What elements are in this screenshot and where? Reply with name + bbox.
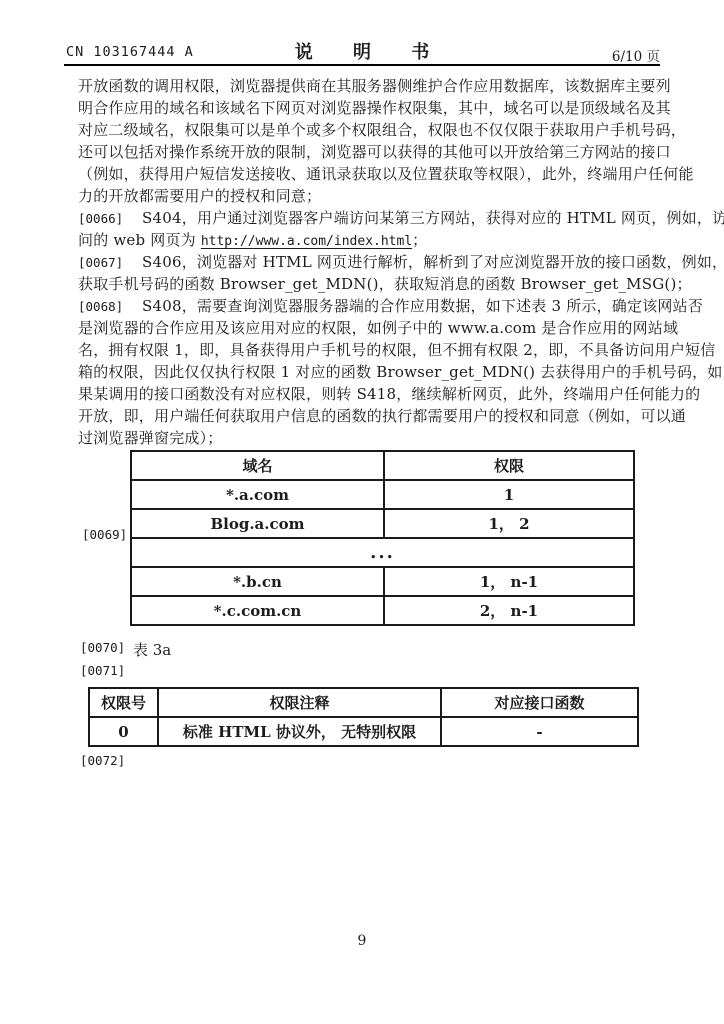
paragraph-number-0069: [0069]	[82, 527, 127, 542]
table-cell: *.c.com.cn	[131, 596, 384, 625]
paragraph-number-0070: [0070]	[80, 640, 125, 655]
body-text: 开放函数的调用权限，浏览器提供商在其服务器侧维护合作应用数据库，该数据库主要列 …	[78, 75, 652, 449]
paragraph-number: [0068]	[78, 296, 142, 318]
text-line: 对应二级域名，权限集可以是单个或多个权限组合，权限也不仅仅限于获取用户手机号码，	[78, 119, 652, 141]
paragraph-0068-line: 箱的权限，因此仅仅执行权限 1 对应的函数 Browser_get_MDN() …	[78, 361, 652, 383]
paragraph-0068-line: 是浏览器的合作应用及该应用对应的权限，如例子中的 www.a.com 是合作应用…	[78, 317, 652, 339]
table-cell: 标准 HTML 协议外， 无特别权限	[158, 717, 441, 746]
paragraph-0066-line: 问的 web 网页为 http://www.a.com/index.html；	[78, 229, 652, 251]
table-header-row: 域名 权限	[131, 451, 634, 480]
table-row: 0 标准 HTML 协议外， 无特别权限 -	[89, 717, 638, 746]
column-header: 对应接口函数	[441, 688, 638, 717]
column-header: 权限注释	[158, 688, 441, 717]
table-header-row: 权限号 权限注释 对应接口函数	[89, 688, 638, 717]
table-row: *.c.com.cn 2， n-1	[131, 596, 634, 625]
paragraph-0068-line: 过浏览器弹窗完成）；	[78, 427, 652, 449]
text-line: 力的开放都需要用户的授权和同意；	[78, 185, 652, 207]
page-indicator: 6/10 页	[612, 45, 660, 65]
table-row: *.b.cn 1， n-1	[131, 567, 634, 596]
table-cell: 1， 2	[384, 509, 634, 538]
paragraph-number-0072: [0072]	[80, 753, 125, 768]
paragraph-0067-line: [0067]S406，浏览器对 HTML 网页进行解析，解析到了对应浏览器开放的…	[78, 251, 652, 273]
text-segment: ；	[412, 231, 427, 249]
paragraph-0068-line: 果某调用的接口函数没有对应权限，则转 S418，继续解析网页，此外，终端用户任何…	[78, 383, 652, 405]
paragraph-number-0071: [0071]	[80, 663, 125, 678]
text-line: （例如，获得用户短信发送接收、通讯录获取以及位置获取等权限），此外，终端用户任何…	[78, 163, 652, 185]
ellipsis-cell: ...	[131, 538, 634, 567]
paragraph-0067-line: 获取手机号码的函数 Browser_get_MDN()，获取短消息的函数 Bro…	[78, 273, 652, 295]
text-line: 开放函数的调用权限，浏览器提供商在其服务器侧维护合作应用数据库，该数据库主要列	[78, 75, 652, 97]
text-segment: S408，需要查询浏览器服务器端的合作应用数据，如下述表 3 所示，确定该网站否	[142, 297, 703, 315]
table-cell: 2， n-1	[384, 596, 634, 625]
paragraph-number: [0067]	[78, 252, 142, 274]
url-text: http://www.a.com/index.html	[201, 234, 412, 249]
text-segment: S406，浏览器对 HTML 网页进行解析，解析到了对应浏览器开放的接口函数，例…	[142, 253, 724, 271]
paragraph-0068-line: 开放，即，用户端任何获取用户信息的函数的执行都需要用户的授权和同意（例如，可以通	[78, 405, 652, 427]
table-cell: Blog.a.com	[131, 509, 384, 538]
domain-permission-table: 域名 权限 *.a.com 1 Blog.a.com 1， 2 ... *.b.…	[130, 450, 635, 626]
table-cell: *.a.com	[131, 480, 384, 509]
paragraph-number: [0066]	[78, 208, 142, 230]
text-line: 还可以包括对操作系统开放的限制，浏览器可以获得的其他可以开放给第三方网站的接口	[78, 141, 652, 163]
permission-definition-table: 权限号 权限注释 对应接口函数 0 标准 HTML 协议外， 无特别权限 -	[88, 687, 639, 747]
table-caption: 表 3a	[133, 639, 171, 660]
table-cell: 1	[384, 480, 634, 509]
table-row: Blog.a.com 1， 2	[131, 509, 634, 538]
table-cell: 1， n-1	[384, 567, 634, 596]
table-cell: *.b.cn	[131, 567, 384, 596]
page-number: 9	[0, 933, 724, 949]
table-cell: 0	[89, 717, 158, 746]
column-header: 域名	[131, 451, 384, 480]
column-header: 权限号	[89, 688, 158, 717]
text-segment: S404，用户通过浏览器客户端访问某第三方网站，获得对应的 HTML 网页，例如…	[142, 209, 724, 227]
table-ellipsis-row: ...	[131, 538, 634, 567]
table-row: *.a.com 1	[131, 480, 634, 509]
text-line: 明合作应用的域名和该域名下网页对浏览器操作权限集，其中，域名可以是顶级域名及其	[78, 97, 652, 119]
paragraph-0068-line: [0068]S408，需要查询浏览器服务器端的合作应用数据，如下述表 3 所示，…	[78, 295, 652, 317]
column-header: 权限	[384, 451, 634, 480]
header-rule	[64, 64, 660, 66]
paragraph-0068-line: 名，拥有权限 1，即，具备获得用户手机号的权限，但不拥有权限 2，即，不具备访问…	[78, 339, 652, 361]
paragraph-0066-line: [0066]S404，用户通过浏览器客户端访问某第三方网站，获得对应的 HTML…	[78, 207, 652, 229]
text-segment: 问的 web 网页为	[78, 231, 201, 249]
table-cell: -	[441, 717, 638, 746]
patent-specification-page: CN 103167444 A 说 明 书 6/10 页 开放函数的调用权限，浏览…	[0, 0, 724, 1024]
